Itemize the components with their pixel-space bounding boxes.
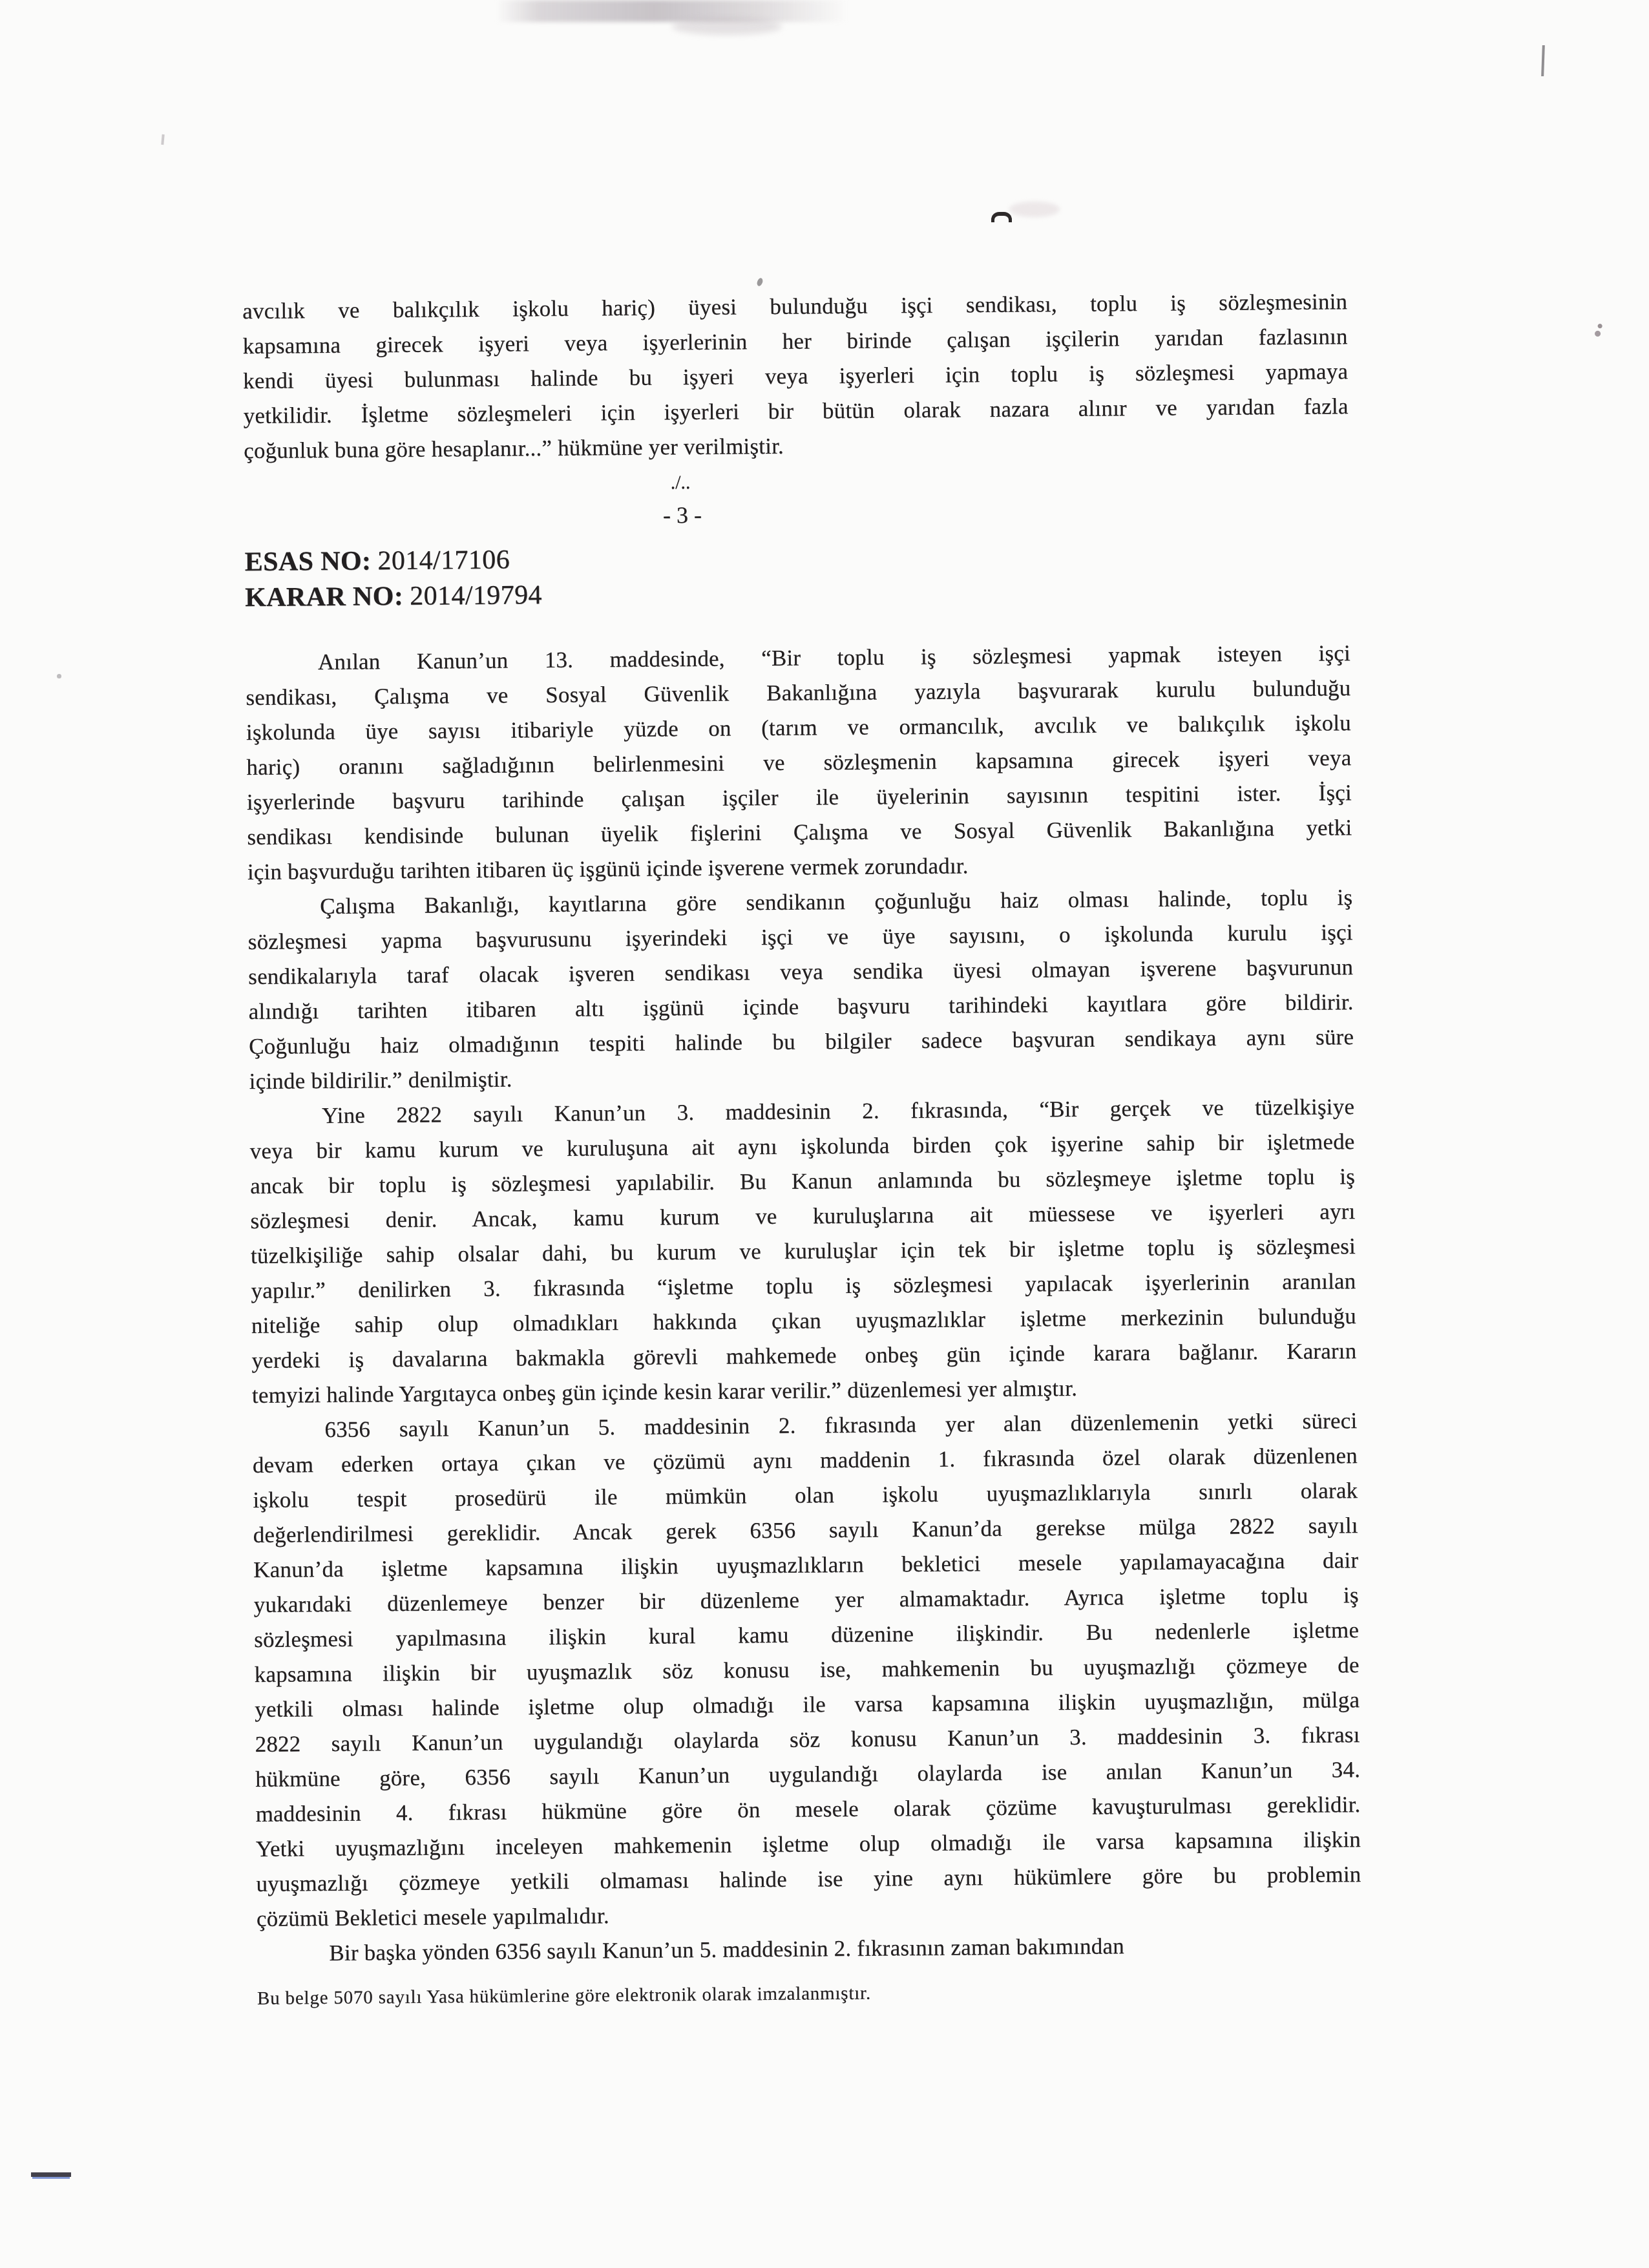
esas-no-label: ESAS NO: bbox=[244, 546, 371, 577]
body-paragraph-3: Yine 2822 sayılı Kanun’un 3. maddesinin … bbox=[249, 1089, 1357, 1413]
bottom-margin-line bbox=[31, 2172, 71, 2177]
ink-speck bbox=[1592, 321, 1606, 340]
electronic-signature-footnote: Bu belge 5070 sayılı Yasa hükümlerine gö… bbox=[257, 1976, 1362, 2011]
scanned-document-page: avcılık ve balıkçılık işkolu hariç) üyes… bbox=[0, 0, 1649, 2268]
scan-smudge-artifact bbox=[672, 18, 782, 35]
ink-speck bbox=[756, 277, 764, 287]
document-text-block: avcılık ve balıkçılık işkolu hariç) üyes… bbox=[242, 284, 1362, 2011]
scan-tick-artifact bbox=[1541, 45, 1545, 76]
esas-no-value: 2014/17106 bbox=[371, 545, 510, 576]
caret-stray-mark bbox=[991, 212, 1012, 222]
body-paragraph-1: Anılan Kanun’un 13. maddesinde, “Bir top… bbox=[246, 636, 1352, 890]
body-paragraph-2: Çalışma Bakanlığı, kayıtlarına göre send… bbox=[247, 880, 1354, 1099]
paragraph-continuation: avcılık ve balıkçılık işkolu hariç) üyes… bbox=[242, 284, 1349, 468]
karar-no-value: 2014/19794 bbox=[403, 580, 542, 611]
ink-speck bbox=[57, 674, 61, 678]
continuation-mark: ./.. bbox=[244, 463, 1349, 501]
body-paragraph-4: 6356 sayılı Kanun’un 5. maddesinin 2. fı… bbox=[252, 1403, 1361, 1937]
ink-speck bbox=[161, 134, 164, 145]
bottom-margin-line-shadow bbox=[32, 2177, 70, 2179]
case-header: ESAS NO:2014/17106 KARAR NO:2014/19794 bbox=[244, 535, 1350, 616]
scan-smudge-artifact bbox=[496, 0, 848, 22]
karar-no-label: KARAR NO: bbox=[245, 582, 403, 613]
page-number: - 3 - bbox=[244, 495, 1349, 533]
scan-smudge-artifact bbox=[1009, 202, 1060, 217]
